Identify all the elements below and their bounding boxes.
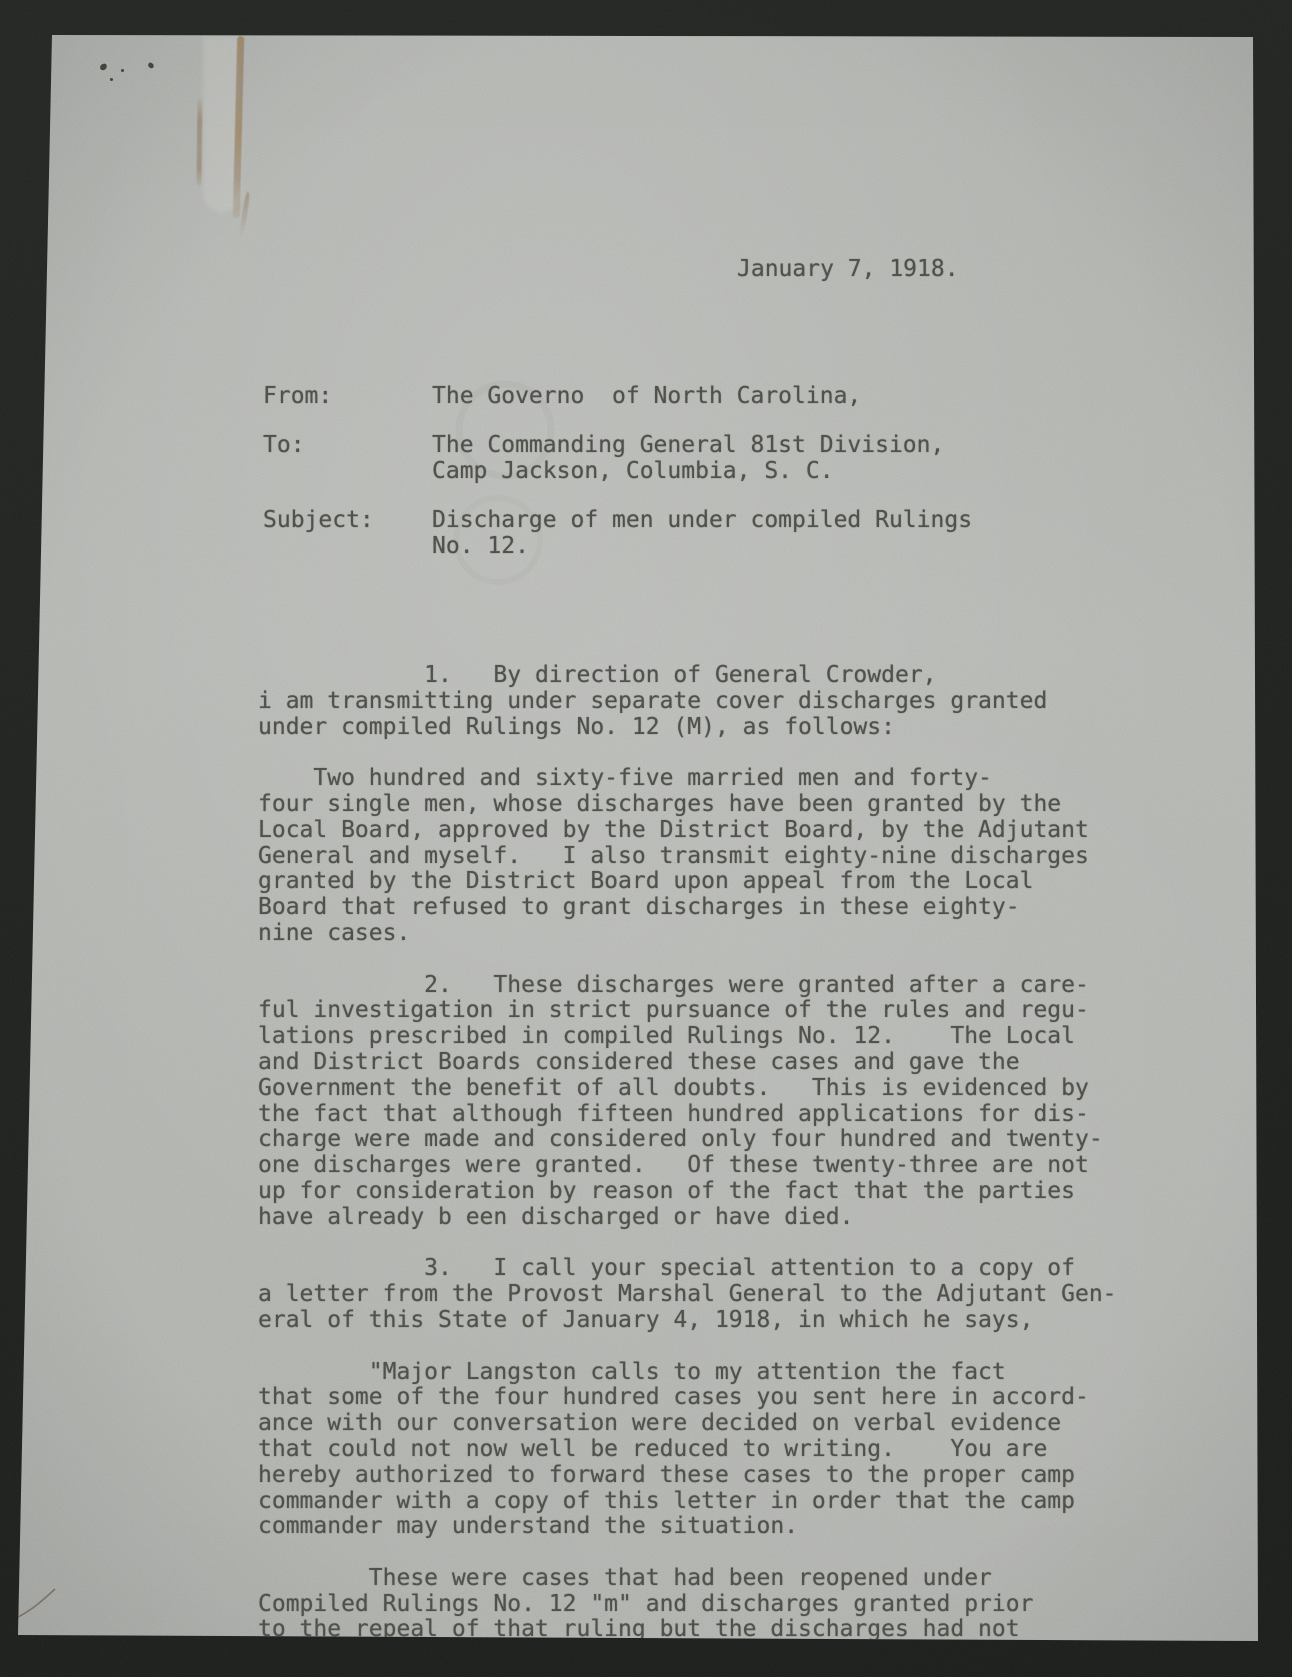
to-label: To:: [263, 433, 305, 459]
to-value-line2: Camp Jackson, Columbia, S. C.: [432, 459, 834, 485]
from-label: From:: [263, 384, 332, 410]
letter-body: 1. By direction of General Crowder, i am…: [258, 663, 1117, 1643]
ink-speck: [121, 69, 124, 72]
from-value: The Governo of North Carolina,: [432, 384, 861, 410]
date-line: January 7, 1918.: [737, 257, 959, 283]
ink-speck: [99, 63, 108, 71]
ink-speck: [110, 78, 113, 81]
subject-value-line2: No. 12.: [432, 534, 529, 560]
subject-value-line1: Discharge of men under compiled Rulings: [432, 508, 972, 534]
to-value-line1: The Commanding General 81st Division,: [432, 433, 944, 459]
letter-paper: January 7, 1918. From: The Governo of No…: [0, 0, 1292, 1677]
subject-label: Subject:: [263, 508, 374, 534]
rust-stain-right-tail: [238, 192, 250, 238]
ink-speck: [147, 62, 155, 69]
rust-stain-left: [197, 98, 203, 186]
scanned-letter-page: January 7, 1918. From: The Governo of No…: [0, 0, 1292, 1677]
